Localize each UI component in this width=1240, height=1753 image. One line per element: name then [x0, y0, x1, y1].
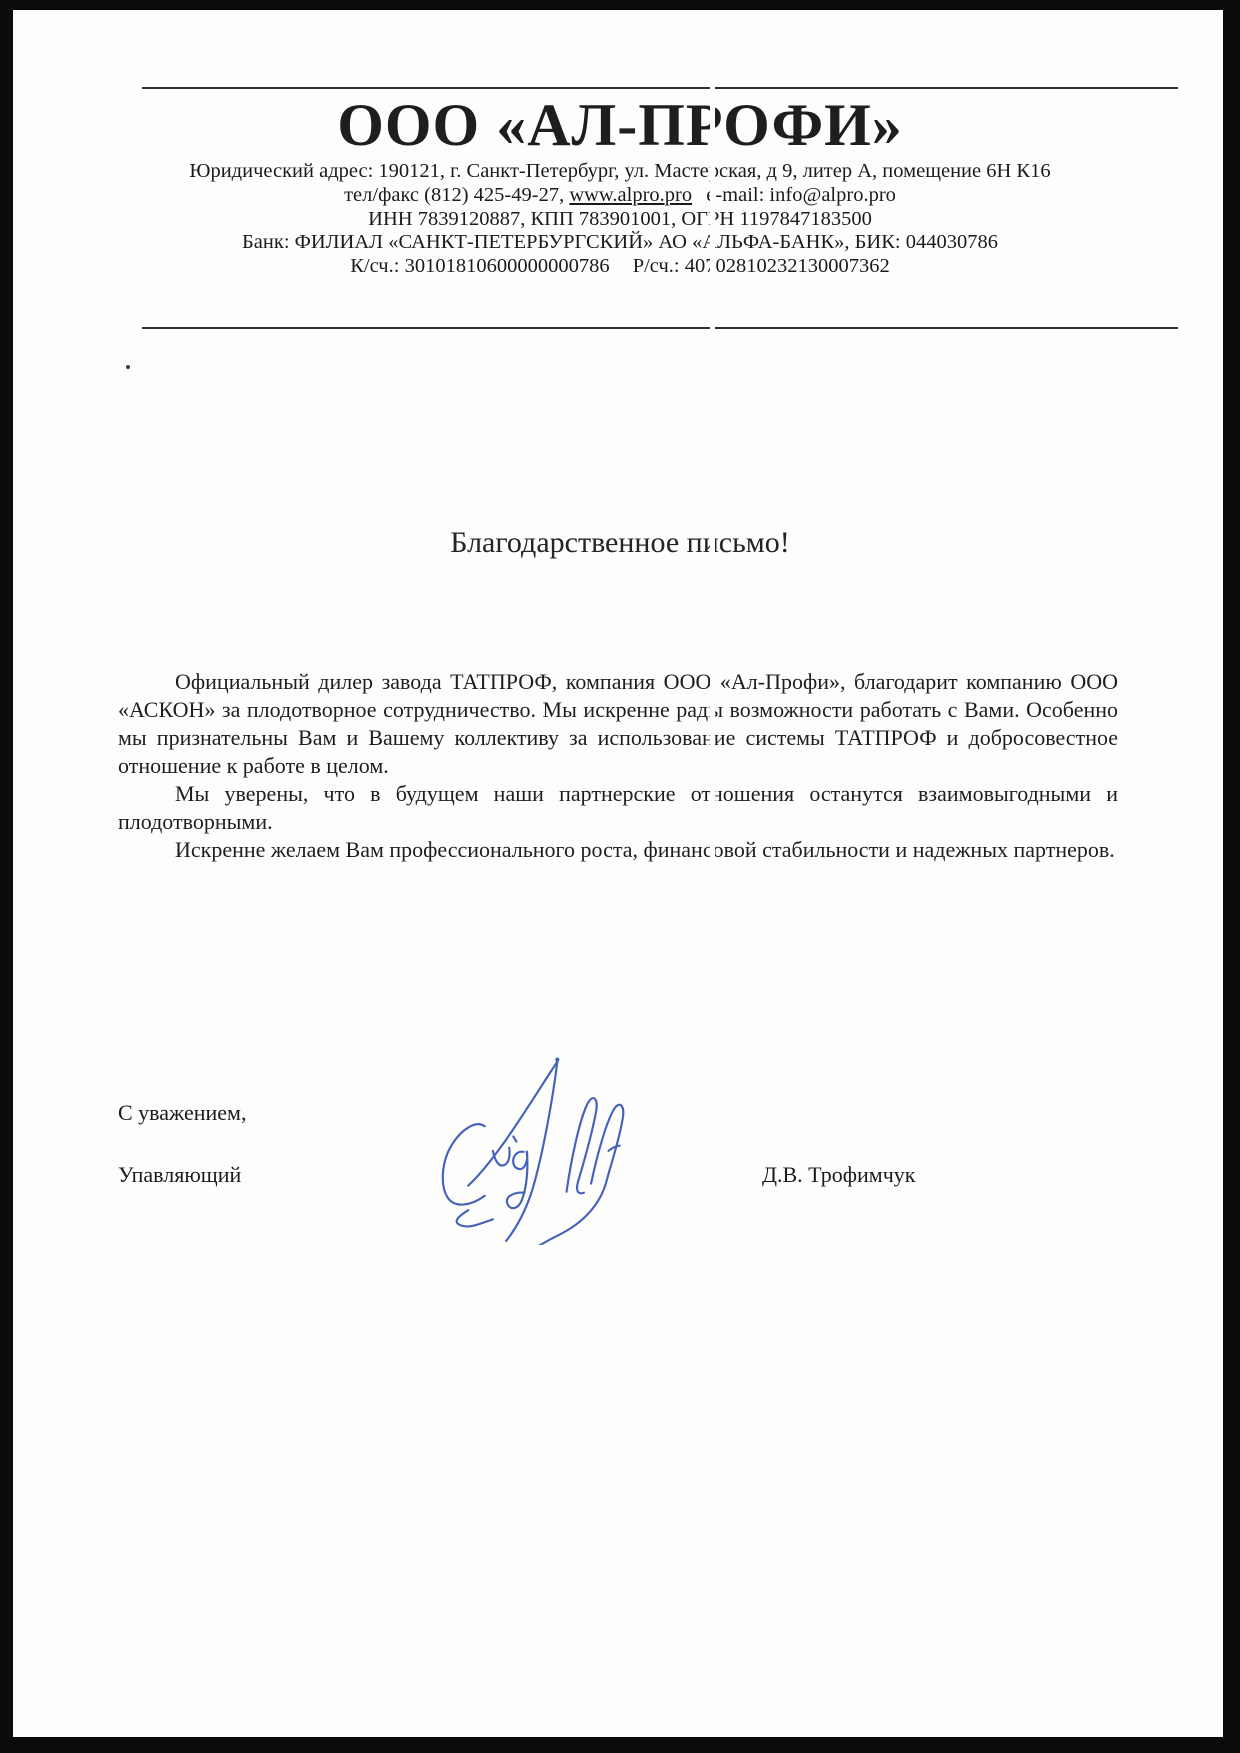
stray-ink-dot	[126, 365, 130, 369]
body-paragraph: Мы уверены, что в будущем наши партнерск…	[118, 780, 1118, 836]
body-paragraph: Официальный дилер завода ТАТПРОФ, компан…	[118, 668, 1118, 780]
phone-fax: тел/факс (812) 425-49-27,	[344, 184, 564, 206]
signer-job-title: Упавляющий	[118, 1162, 241, 1188]
letter-title: Благодарственное письмо!	[105, 526, 1135, 560]
email-address: e-mail: info@alpro.pro	[706, 184, 896, 206]
handwritten-signature-icon	[411, 1030, 631, 1245]
corr-account: К/сч.: 30101810600000000786	[350, 255, 609, 277]
website-url: www.alpro.pro	[569, 184, 692, 206]
signer-name: Д.В. Трофимчук	[762, 1162, 915, 1188]
closing-salutation: С уважением,	[118, 1100, 246, 1126]
body-paragraph: Искренне желаем Вам профессионального ро…	[118, 836, 1118, 864]
settlement-account: Р/сч.: 40702810232130007362	[633, 255, 890, 277]
legal-address-line: Юридический адрес: 190121, г. Санкт-Пете…	[105, 160, 1135, 184]
accounts-line: К/сч.: 30101810600000000786 Р/сч.: 40702…	[105, 255, 1135, 279]
tax-ids-line: ИНН 7839120887, КПП 783901001, ОГРН 1197…	[105, 208, 1135, 232]
letterhead: ООО «АЛ-ПРОФИ» Юридический адрес: 190121…	[105, 96, 1135, 279]
letterhead-top-rule	[142, 87, 1178, 89]
scanned-letter-screenshot: { "header": { "company_name": "ООО «АЛ-П…	[0, 0, 1240, 1753]
scan-artifact-line	[710, 72, 715, 1322]
scanned-page: ООО «АЛ-ПРОФИ» Юридический адрес: 190121…	[13, 10, 1223, 1737]
letterhead-bottom-rule	[142, 327, 1178, 329]
company-name: ООО «АЛ-ПРОФИ»	[105, 96, 1135, 154]
contacts-line: тел/факс (812) 425-49-27, www.alpro.pro …	[105, 184, 1135, 208]
letter-body: Официальный дилер завода ТАТПРОФ, компан…	[118, 668, 1118, 864]
bank-line: Банк: ФИЛИАЛ «САНКТ-ПЕТЕРБУРГСКИЙ» АО «А…	[105, 231, 1135, 255]
